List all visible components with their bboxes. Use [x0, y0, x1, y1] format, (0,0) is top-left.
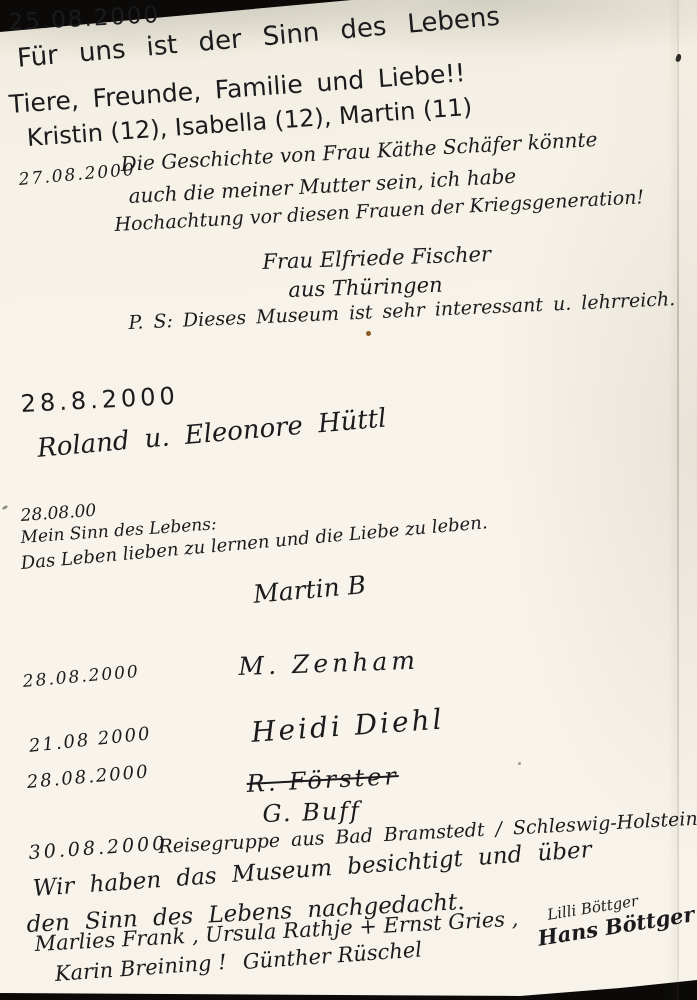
paper-speck	[518, 762, 521, 765]
signature: G. Buff	[262, 797, 361, 828]
guestbook-scan: { "page": { "kind": "handwritten guestbo…	[0, 0, 697, 1000]
page-crease	[677, 0, 679, 1000]
paper-speck	[366, 331, 371, 336]
